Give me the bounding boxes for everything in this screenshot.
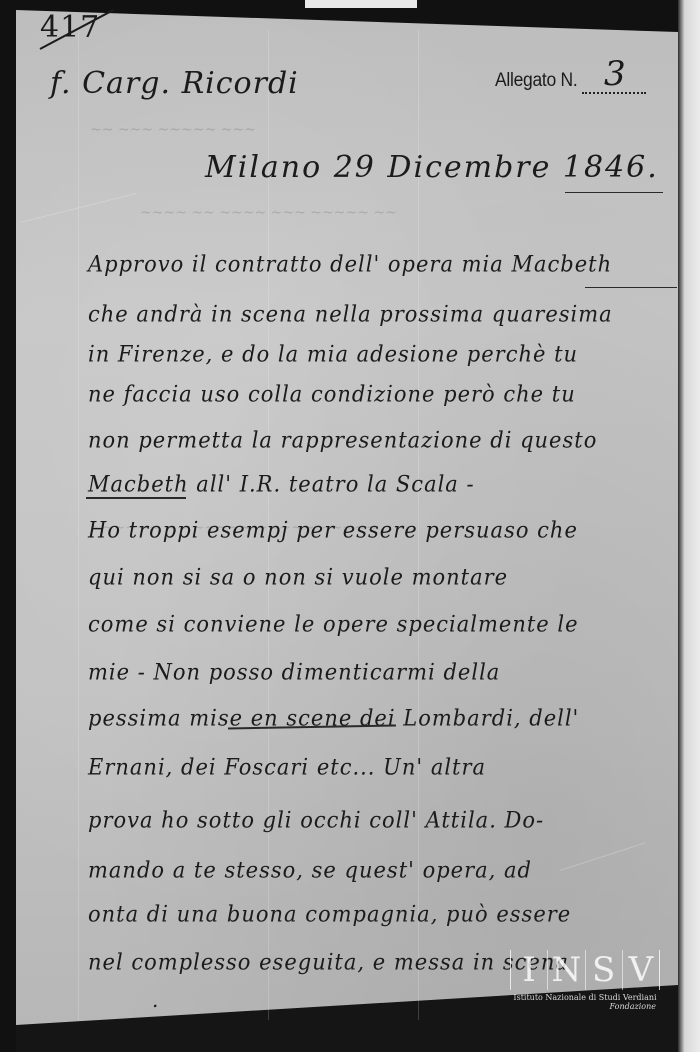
insv-watermark: I N S V Istituto Nazionale di Studi Verd… bbox=[510, 950, 660, 1011]
watermark-letter: I bbox=[511, 950, 548, 990]
letter-line-16: nel complesso eseguita, e messa in scena bbox=[88, 949, 569, 974]
letter-line-4: ne faccia uso colla condizione però che … bbox=[88, 381, 576, 406]
watermark-logo: I N S V bbox=[510, 950, 660, 990]
letter-line-3: in Firenze, e do la mia adesione perchè … bbox=[88, 341, 578, 366]
letter-line-6: Macbeth all' I.R. teatro la Scala - bbox=[88, 471, 475, 496]
letter-line-10: mie - Non posso dimenticarmi della bbox=[88, 659, 500, 684]
watermark-letter: N bbox=[548, 950, 585, 990]
watermark-letter: V bbox=[623, 950, 659, 990]
letter-line-13: prova ho sotto gli occhi coll' Attila. D… bbox=[88, 807, 544, 832]
allegato-label: Allegato N. bbox=[495, 70, 577, 92]
letter-line-1: Approvo il contratto dell' opera mia Mac… bbox=[88, 251, 612, 276]
letter-line-15: onta di una buona compagnia, può essere bbox=[88, 901, 571, 926]
top-paper-tab bbox=[305, 0, 417, 8]
macbeth-underline bbox=[585, 287, 677, 288]
letter-line-8: qui non si sa o non si vuole montare bbox=[88, 564, 508, 589]
fold-line bbox=[78, 30, 79, 1020]
addressee: f. Carg. Ricordi bbox=[50, 66, 299, 101]
bleed-through-text: ~~~~ ~~ ~~~~ ~~~ ~~~~~ ~~ bbox=[140, 205, 397, 221]
letter-line-7: Ho troppi esempj per essere persuaso che bbox=[88, 517, 578, 542]
watermark-subtitle: Fondazione bbox=[510, 1002, 660, 1011]
letter-line-14: mando a te stesso, se quest' opera, ad bbox=[88, 857, 532, 882]
allegato-number: 3 bbox=[604, 54, 626, 94]
bleed-through-text: ~~ ~~~ ~~~~~ ~~~ bbox=[90, 122, 256, 138]
archive-number: 417 bbox=[40, 10, 100, 45]
macbeth-underline bbox=[86, 497, 186, 499]
watermark-institute-name: Istituto Nazionale di Studi Verdiani bbox=[510, 993, 660, 1002]
date-underline bbox=[565, 192, 663, 193]
letter-line-5: non permetta la rappresentazione di ques… bbox=[88, 427, 597, 452]
letter-line-2: che andrà in scena nella prossima quares… bbox=[88, 301, 613, 326]
final-mark: . bbox=[152, 988, 159, 1012]
scan-right-margin bbox=[678, 0, 700, 1052]
letter-line-12: Ernani, dei Foscari etc... Un' altra bbox=[88, 754, 486, 779]
watermark-letter: S bbox=[586, 950, 623, 990]
dateline: Milano 29 Dicembre 1846. bbox=[205, 150, 659, 185]
letter-line-9: come si conviene le opere specialmente l… bbox=[88, 611, 579, 636]
